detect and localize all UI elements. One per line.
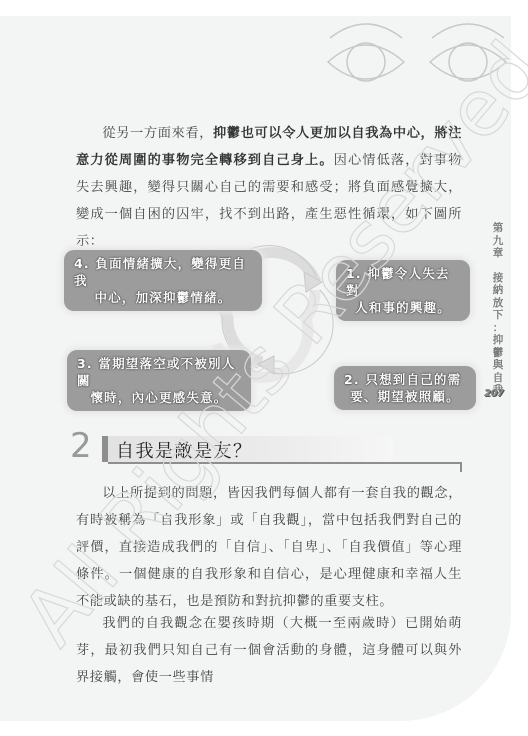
step-text: 2. 只想到自己的需	[344, 372, 461, 387]
title-char: 納	[490, 284, 506, 297]
step-text: 人和事的興趣。	[346, 299, 460, 316]
cycle-step-2: 2. 只想到自己的需 要、期望被照顧。	[334, 366, 476, 410]
section-number: 2	[70, 426, 92, 466]
page-number: 207	[484, 388, 503, 399]
body-paragraph-2: 我們的自我觀念在嬰孩時期（大概一至兩歲時）已開始萌芽，最初我們只知自己有一個會活…	[76, 610, 462, 691]
heading-rule-tick	[460, 462, 462, 472]
title-char: 鬱	[490, 347, 506, 360]
eye-icon	[428, 22, 508, 86]
heading-rule	[108, 462, 462, 464]
step-text: 懷時，內心更感失意。	[77, 389, 241, 406]
chapter-char: 九	[490, 235, 506, 248]
paragraph-text: 我們的自我觀念在嬰孩時期（大概一至兩歲時）已開始萌芽，最初我們只知自己有一個會活…	[76, 610, 462, 691]
section-heading: 2 自我是敵是友？	[70, 432, 462, 468]
title-char: 接	[490, 272, 506, 285]
title-char: 抑	[490, 334, 506, 347]
title-char: 與	[490, 359, 506, 372]
body-paragraph-1: 以上所提到的問題，皆因我們每個人都有一套自我的觀念，有時被稱為「自我形象」或「自…	[76, 480, 462, 615]
title-char: 自	[490, 372, 506, 385]
chapter-char: 第	[490, 222, 506, 235]
cycle-step-1: 1. 抑鬱令人失去對 人和事的興趣。	[336, 260, 470, 321]
section-title: 自我是敵是友？	[116, 437, 253, 463]
step-text: 中心，加深抑鬱情緒。	[74, 289, 252, 306]
step-text: 3. 當期望落空或不被別人關	[77, 356, 235, 388]
intro-text: 從另一方面來看，	[102, 126, 213, 141]
title-char: ：	[490, 322, 506, 335]
intro-paragraph: 從另一方面來看，抑鬱也可以令人更加以自我為中心，將注意力從周圍的事物完全轉移到自…	[76, 120, 462, 255]
title-char: 放	[490, 297, 506, 310]
cycle-step-4: 4. 負面情緒擴大，變得更自我 中心，加深抑鬱情緒。	[64, 250, 262, 311]
step-text: 要、期望被照顧。	[344, 388, 466, 405]
step-text: 1. 抑鬱令人失去對	[346, 266, 450, 298]
chapter-side-tab: 第 九 章 接 納 放 下 ： 抑 鬱 與 自 我	[490, 222, 506, 397]
step-text: 4. 負面情緒擴大，變得更自我	[74, 256, 246, 288]
eye-icon	[326, 22, 406, 86]
cycle-step-3: 3. 當期望落空或不被別人關 懷時，內心更感失意。	[67, 350, 251, 411]
title-char: 下	[490, 309, 506, 322]
chapter-char: 章	[490, 247, 506, 260]
paragraph-text: 以上所提到的問題，皆因我們每個人都有一套自我的觀念，有時被稱為「自我形象」或「自…	[76, 480, 462, 615]
